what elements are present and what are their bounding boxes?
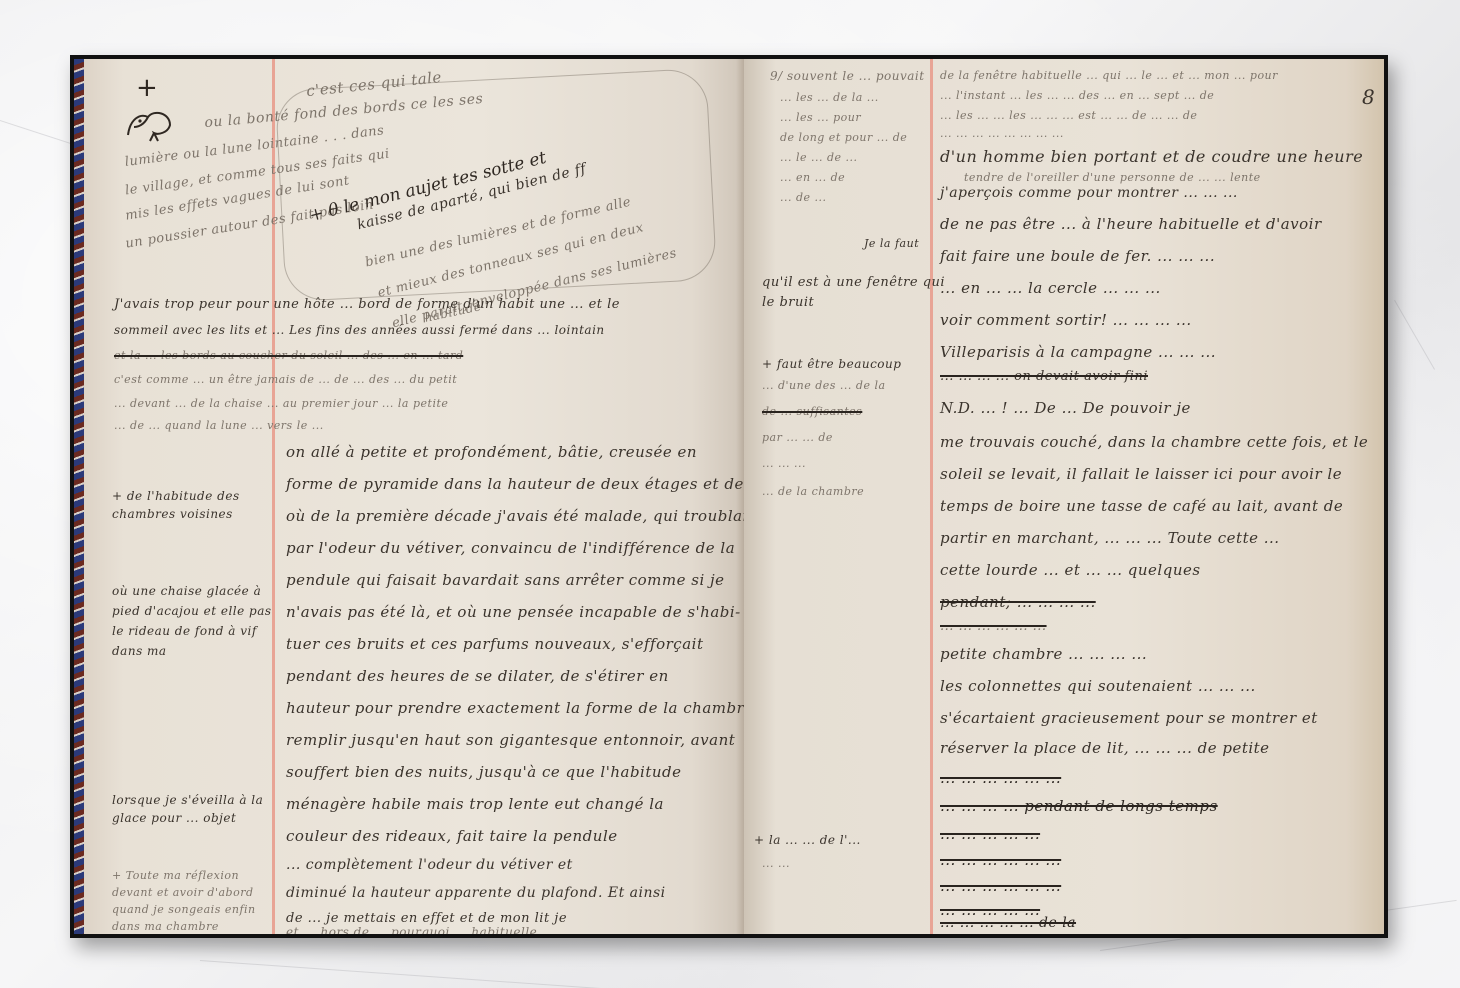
manuscript-line: pendant des heures de se dilater, de s'é… bbox=[286, 667, 669, 685]
manuscript-line: ... ... ... ... ... bbox=[940, 825, 1040, 843]
inner-margin-note: de long et pour ... de bbox=[780, 131, 907, 144]
manuscript-line: Villeparisis à la campagne ... ... ... bbox=[940, 343, 1216, 361]
manuscript-line: ménagère habile mais trop lente eut chan… bbox=[286, 795, 664, 813]
manuscript-line: s'écartaient gracieusement pour se montr… bbox=[940, 709, 1318, 727]
manuscript-line: par l'odeur du vétiver, convaincu de l'i… bbox=[286, 539, 735, 557]
manuscript-line: de ne pas être ... à l'heure habituelle … bbox=[940, 215, 1322, 233]
marble-vein bbox=[200, 960, 619, 988]
notebook-spread: + c'est ces qui tale ou la bonté fond de… bbox=[74, 59, 1384, 934]
manuscript-line: c'est comme ... un être jamais de ... de… bbox=[114, 373, 457, 386]
margin-note: + Toute ma réflexion devant et avoir d'a… bbox=[112, 867, 272, 934]
inner-margin-note: ... ... bbox=[762, 857, 790, 870]
inner-margin-note: Je la faut bbox=[864, 237, 919, 250]
manuscript-line: ... ... ... ... ... ... ... ... bbox=[940, 127, 1064, 140]
margin-note: + de l'habitude des chambres voisines bbox=[112, 487, 262, 523]
inner-margin-note: qu'il est à une fenêtre qui bbox=[762, 275, 945, 290]
manuscript-line: ... l'instant ... les ... ... des ... en… bbox=[940, 89, 1214, 102]
manuscript-line: ... ... ... ... ... ... bbox=[940, 769, 1061, 787]
red-margin-line bbox=[930, 59, 933, 934]
manuscript-line: ... en ... ... la cercle ... ... ... bbox=[940, 279, 1161, 297]
inner-margin-note: par ... ... de bbox=[762, 431, 833, 444]
manuscript-line: ... ... ... ... ... ... bbox=[940, 877, 1061, 895]
manuscript-line: de la fenêtre habituelle ... qui ... le … bbox=[940, 69, 1278, 82]
manuscript-frame: + c'est ces qui tale ou la bonté fond de… bbox=[70, 55, 1388, 938]
manuscript-line: sommeil avec les lits et ... Les fins de… bbox=[114, 323, 605, 337]
manuscript-line: ... ... ... ... pendant de longs temps bbox=[940, 797, 1218, 815]
manuscript-line: remplir jusqu'en haut son gigantesque en… bbox=[286, 731, 735, 749]
right-page: 8 9/ souvent le ... pouvait ... les ... … bbox=[744, 59, 1384, 934]
manuscript-line: J'avais trop peur pour une hôte ... bord… bbox=[114, 297, 620, 312]
manuscript-line: ... ... ... ... ... ... bbox=[940, 619, 1047, 634]
manuscript-line: ... les ... ... les ... ... ... est ... … bbox=[940, 109, 1197, 122]
manuscript-line: couleur des rideaux, fait taire la pendu… bbox=[286, 827, 618, 845]
manuscript-line: souffert bien des nuits, jusqu'à ce que … bbox=[286, 763, 682, 781]
manuscript-line: réserver la place de lit, ... ... ... de… bbox=[940, 739, 1270, 757]
margin-note: où une chaise glacée à pied d'acajou et … bbox=[112, 581, 272, 661]
cross-symbol: + bbox=[136, 73, 158, 103]
manuscript-line: et la ... les bords au coucher du soleil… bbox=[114, 349, 463, 362]
manuscript-line: forme de pyramide dans la hauteur de deu… bbox=[286, 475, 744, 493]
inner-margin-note: ... d'une des ... de la bbox=[762, 379, 886, 392]
manuscript-line: ... devant ... de la chaise ... au premi… bbox=[114, 397, 448, 410]
manuscript-line: petite chambre ... ... ... ... bbox=[940, 645, 1147, 663]
manuscript-line: tuer ces bruits et ces parfums nouveaux,… bbox=[286, 635, 703, 653]
manuscript-line: ... ... ... ... ... ... bbox=[940, 851, 1061, 869]
margin-note: lorsque je s'éveilla à la glace pour ...… bbox=[112, 791, 272, 827]
manuscript-line: voir comment sortir! ... ... ... ... bbox=[940, 311, 1192, 329]
manuscript-line: on allé à petite et profondément, bâtie,… bbox=[286, 443, 697, 461]
manuscript-line: fait faire une boule de fer. ... ... ... bbox=[940, 247, 1215, 265]
left-page: + c'est ces qui tale ou la bonté fond de… bbox=[84, 59, 744, 934]
inner-margin-note: + la ... ... de l'... bbox=[754, 833, 861, 847]
manuscript-line: tendre de l'oreiller d'une personne de .… bbox=[964, 171, 1261, 184]
manuscript-line: ... de ... quand la lune ... vers le ... bbox=[114, 419, 324, 432]
inner-margin-note: ... le ... de ... bbox=[780, 151, 858, 164]
manuscript-line: j'aperçois comme pour montrer ... ... ..… bbox=[940, 185, 1238, 201]
manuscript-line: pendant; ... ... ... ... bbox=[940, 593, 1096, 611]
inner-margin-note: ... les ... de la ... bbox=[780, 91, 879, 104]
manuscript-line: me trouvais couché, dans la chambre cett… bbox=[940, 433, 1368, 451]
inner-margin-note: ... de la chambre bbox=[762, 485, 864, 498]
inner-margin-note: le bruit bbox=[762, 295, 814, 310]
page-number: 8 bbox=[1362, 85, 1375, 109]
manuscript-line: où de la première décade j'avais été mal… bbox=[286, 507, 744, 525]
manuscript-line: ... ... ... ... on devait avoir fini bbox=[940, 369, 1148, 384]
marble-vein bbox=[1394, 300, 1435, 370]
manuscript-line: diminué la hauteur apparente du plafond.… bbox=[286, 885, 666, 901]
manuscript-line: soleil se levait, il fallait le laisser … bbox=[940, 465, 1342, 483]
manuscript-line: pendule qui faisait bavardait sans arrêt… bbox=[286, 571, 725, 589]
inner-margin-note: ... les ... pour bbox=[780, 111, 861, 124]
inner-margin-note: ... de ... bbox=[780, 191, 827, 204]
manuscript-line: n'avais pas été là, et où une pensée inc… bbox=[286, 603, 741, 621]
inner-margin-note: ... ... ... bbox=[762, 457, 806, 470]
inner-margin-note: 9/ souvent le ... pouvait bbox=[770, 69, 925, 83]
manuscript-line: de ... je mettais en effet et de mon lit… bbox=[286, 911, 567, 926]
inner-margin-note: de ... suffisantes bbox=[762, 405, 862, 418]
inner-margin-note: + faut être beaucoup bbox=[762, 357, 901, 371]
manuscript-line: cette lourde ... et ... ... quelques bbox=[940, 561, 1201, 579]
notebook-binding bbox=[74, 59, 84, 934]
manuscript-line: les colonnettes qui soutenaient ... ... … bbox=[940, 677, 1256, 695]
manuscript-line: d'un homme bien portant et de coudre une… bbox=[940, 147, 1363, 166]
manuscript-line: temps de boire une tasse de café au lait… bbox=[940, 497, 1343, 515]
manuscript-line: ... complètement l'odeur du vétiver et bbox=[286, 857, 573, 873]
bird-sketch-icon bbox=[124, 105, 176, 149]
manuscript-line: hauteur pour prendre exactement la forme… bbox=[286, 699, 744, 717]
manuscript-line: N.D. ... ! ... De ... De pouvoir je bbox=[940, 399, 1191, 417]
manuscript-line: partir en marchant, ... ... ... Toute ce… bbox=[940, 529, 1280, 547]
inner-margin-note: ... en ... de bbox=[780, 171, 845, 184]
manuscript-line: et ... hors de ... pourquoi ... habituel… bbox=[286, 925, 537, 934]
manuscript-line: ... ... ... ... ... de la bbox=[940, 915, 1076, 931]
